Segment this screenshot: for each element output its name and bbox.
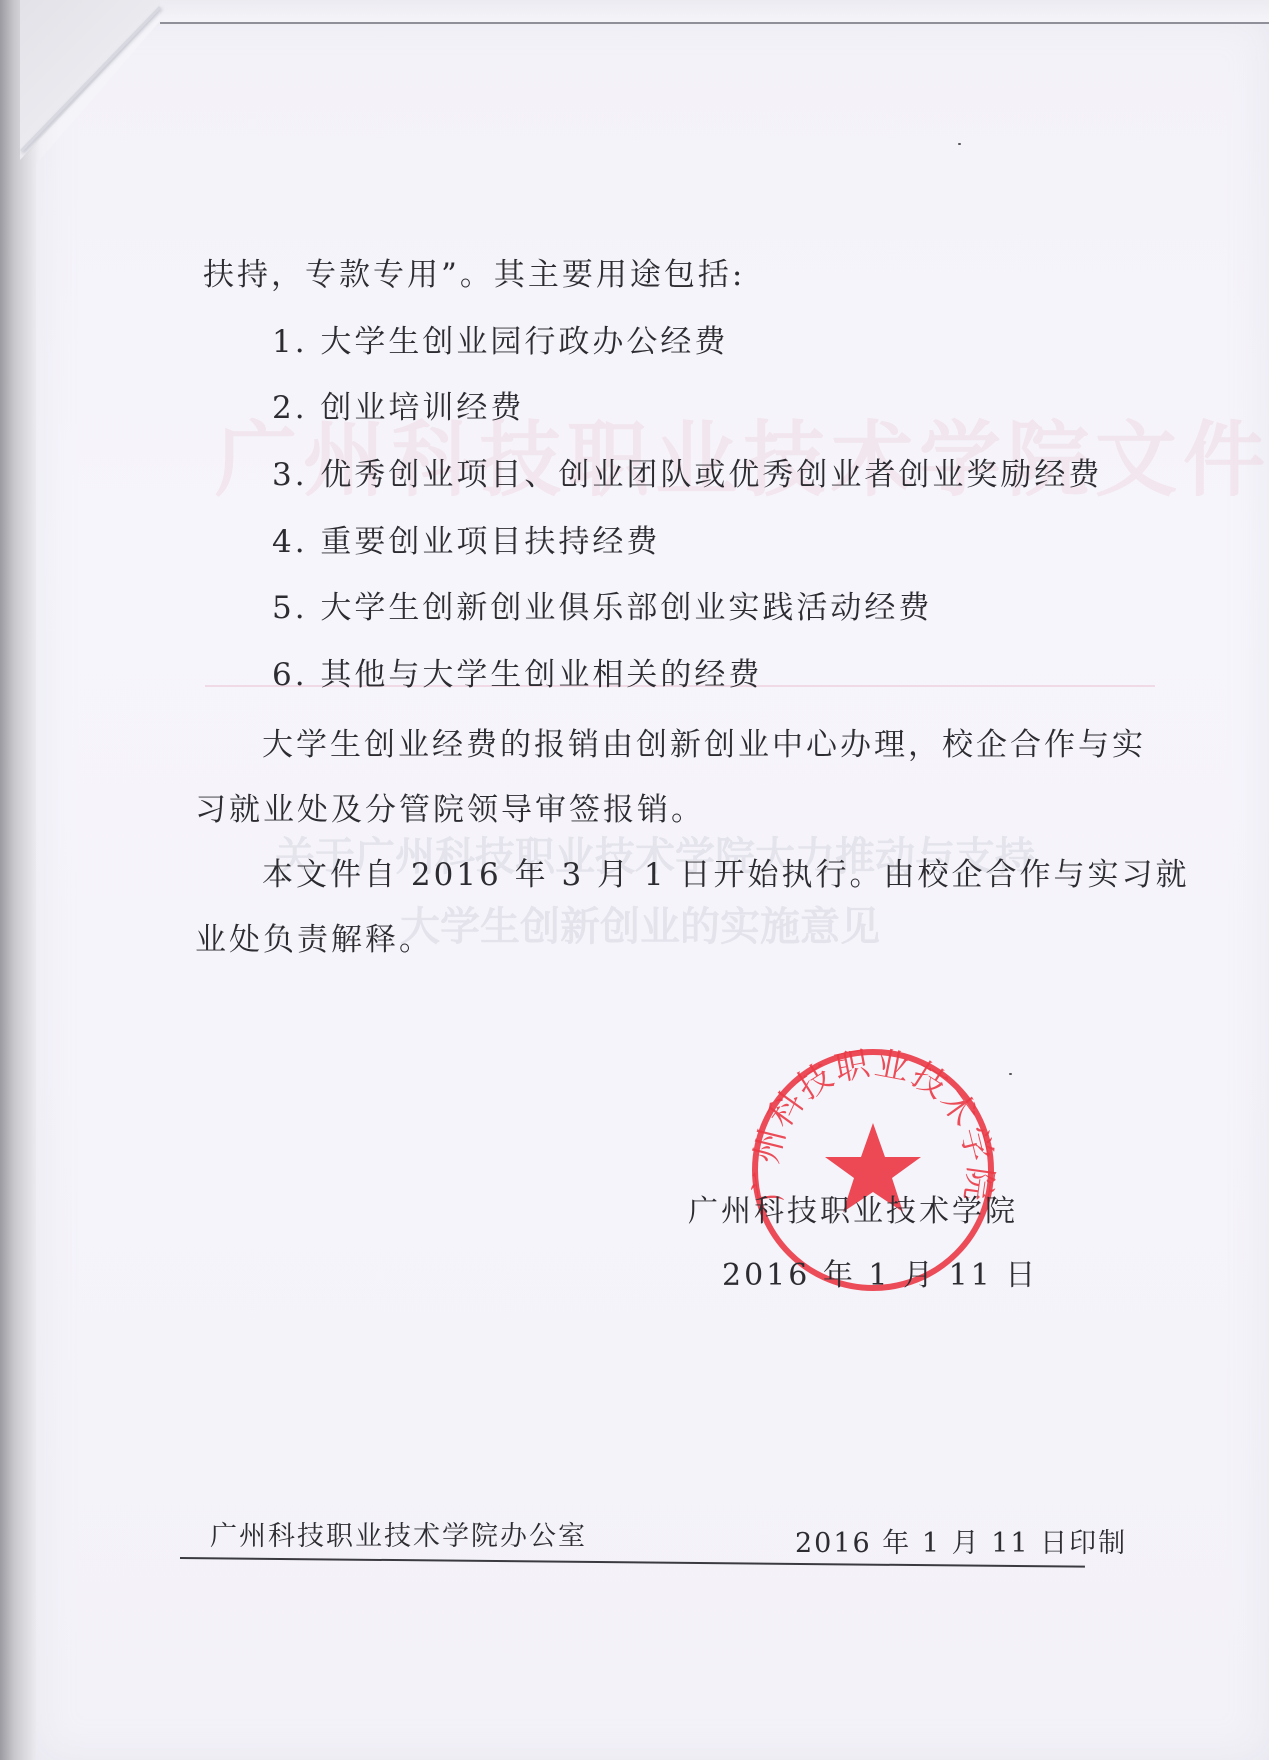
list-item: 3. 优秀创业项目、创业团队或优秀创业者创业奖励经费	[272, 455, 1102, 495]
signature-date: 2016 年 1 月 11 日	[722, 1256, 1038, 1296]
list-item: 4. 重要创业项目扶持经费	[272, 522, 660, 562]
paragraph-line: 本文件自 2016 年 3 月 1 日开始执行。由校企合作与实习就	[262, 855, 1189, 895]
list-item: 2. 创业培训经费	[272, 388, 524, 428]
paragraph-line: 习就业处及分管院领导审签报销。	[195, 790, 705, 830]
list-item: 1. 大学生创业园行政办公经费	[272, 322, 728, 362]
signature-organization: 广州科技职业技术学院	[688, 1192, 1018, 1232]
paragraph-line: 大学生创业经费的报销由创新创业中心办理，校企合作与实	[262, 725, 1146, 765]
paragraph-line: 业处负责解释。	[195, 920, 433, 960]
scan-speck	[1009, 1073, 1012, 1075]
intro-line: 扶持，专款专用”。其主要用途包括:	[203, 255, 745, 295]
footer-print-date: 2016 年 1 月 11 日印制	[795, 1527, 1127, 1561]
scan-speck	[958, 143, 961, 145]
list-item: 6. 其他与大学生创业相关的经费	[272, 655, 762, 695]
footer-issuer: 广州科技职业技术学院办公室	[210, 1520, 587, 1554]
list-item: 5. 大学生创新创业俱乐部创业实践活动经费	[272, 588, 932, 628]
paper-top-edge	[160, 0, 1269, 24]
